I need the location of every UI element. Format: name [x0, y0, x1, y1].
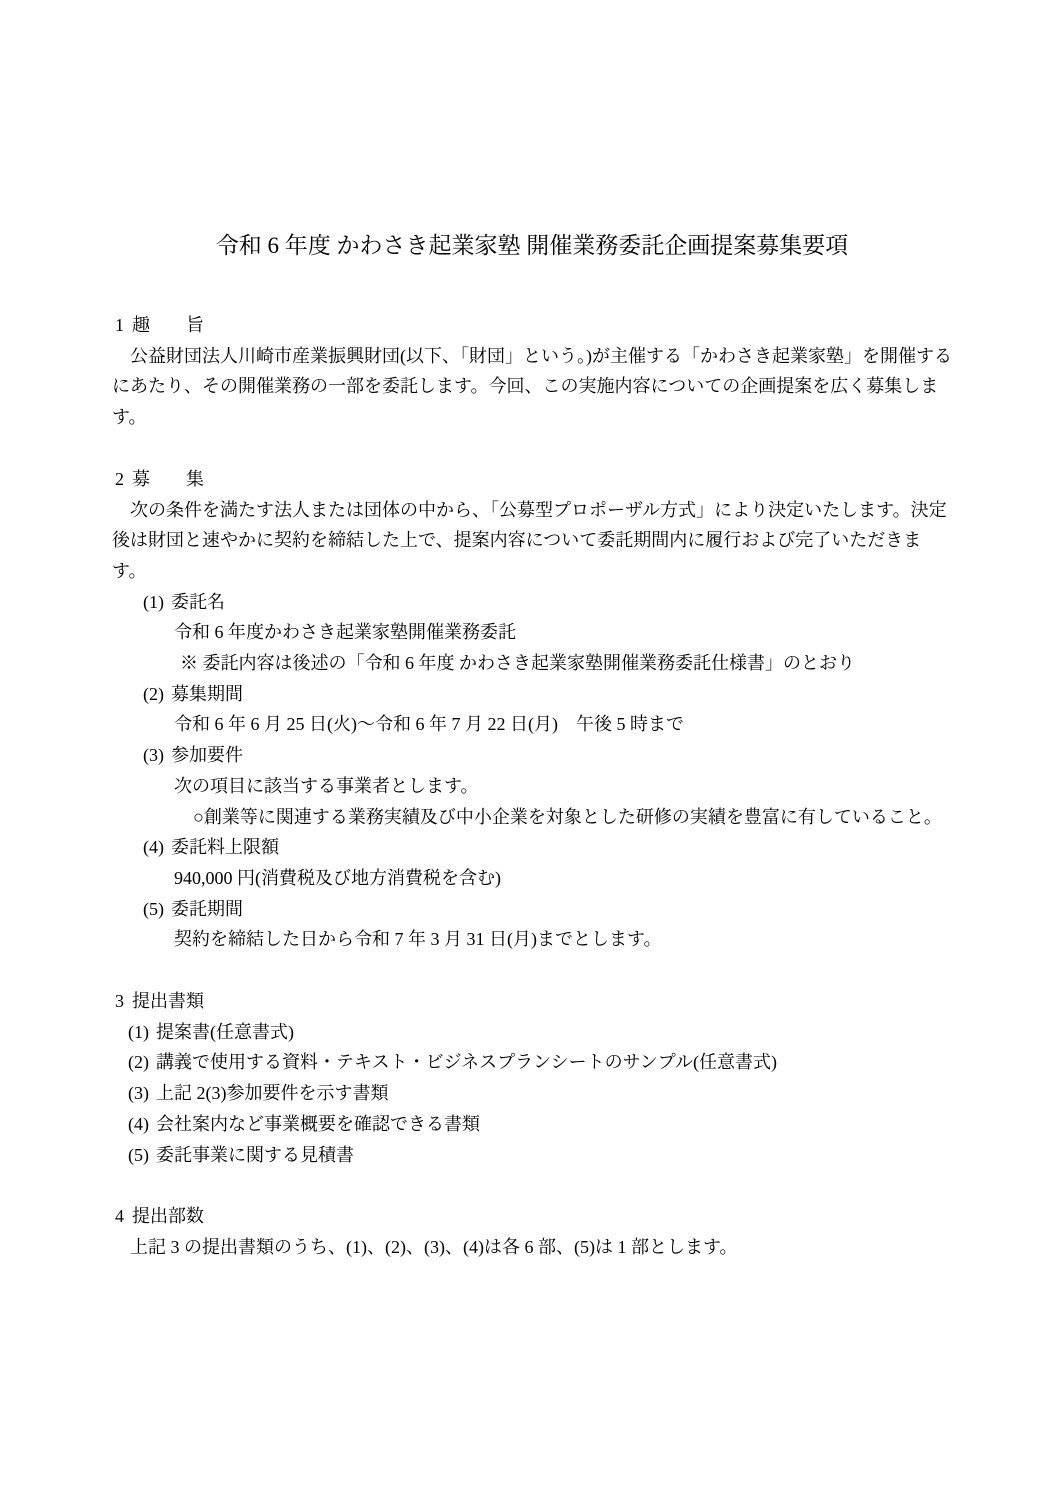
list-item-number: (3): [143, 740, 164, 771]
list-item-detail: 令和 6 年度かわさき起業家塾開催業務委託: [112, 617, 952, 648]
list-item-label: 会社案内など事業概要を確認できる書類: [156, 1114, 480, 1134]
section-purpose-heading: 1趣 旨: [112, 310, 952, 341]
list-item-lecture-materials: (2)講義で使用する資料・テキスト・ビジネスプランシートのサンプル(任意書式): [112, 1047, 952, 1078]
section-number-of-copies-number: 4: [115, 1201, 124, 1232]
section-recruitment-title: 募 集: [132, 469, 204, 489]
list-item-bullet: ○創業等に関連する業務実績及び中小企業を対象とした研修の実績を豊富に有しているこ…: [112, 802, 952, 833]
list-item-head: (4)委託料上限額: [112, 832, 952, 863]
list-item-number: (2): [128, 1047, 149, 1078]
section-number-of-copies-title: 提出部数: [132, 1206, 204, 1226]
list-item-label: 委託事業に関する見積書: [156, 1145, 354, 1165]
list-item-number: (1): [143, 587, 164, 618]
list-item-participation-requirements: (3)参加要件 次の項目に該当する事業者とします。 ○創業等に関連する業務実績及…: [112, 740, 952, 832]
list-item-number: (4): [143, 832, 164, 863]
section-purpose-text: 公益財団法人川崎市産業振興財団(以下、「財団」という。)が主催する「かわさき起業…: [112, 341, 952, 433]
list-item-detail: 次の項目に該当する事業者とします。: [112, 771, 952, 802]
list-item-label: 参加要件: [171, 745, 243, 765]
section-submission-documents-heading: 3提出書類: [112, 986, 952, 1017]
list-item-company-profile: (4)会社案内など事業概要を確認できる書類: [112, 1109, 952, 1140]
section-purpose-number: 1: [115, 310, 124, 341]
document-page: 令和 6 年度 かわさき起業家塾 開催業務委託企画提案募集要項 1趣 旨 公益財…: [0, 0, 1058, 1497]
list-item-head: (5)委託期間: [112, 894, 952, 925]
list-item-head: (1)委託名: [112, 587, 952, 618]
list-item-number: (5): [128, 1140, 149, 1171]
list-item-detail: 契約を締結した日から令和 7 年 3 月 31 日(月)までとします。: [112, 924, 952, 955]
section-purpose: 1趣 旨 公益財団法人川崎市産業振興財団(以下、「財団」という。)が主催する「か…: [112, 310, 952, 433]
list-item-consignment-name: (1)委託名 令和 6 年度かわさき起業家塾開催業務委託 ※ 委託内容は後述の「…: [112, 587, 952, 679]
section-submission-documents: 3提出書類 (1)提案書(任意書式) (2)講義で使用する資料・テキスト・ビジネ…: [112, 986, 952, 1170]
list-item-label: 提案書(任意書式): [156, 1022, 294, 1042]
list-item-proposal: (1)提案書(任意書式): [112, 1017, 952, 1048]
list-item-label: 募集期間: [171, 684, 243, 704]
section-number-of-copies: 4提出部数 上記 3 の提出書類のうち、(1)、(2)、(3)、(4)は各 6 …: [112, 1201, 952, 1262]
list-item-requirement-proof: (3)上記 2(3)参加要件を示す書類: [112, 1078, 952, 1109]
document-title: 令和 6 年度 かわさき起業家塾 開催業務委託企画提案募集要項: [112, 230, 952, 262]
section-number-of-copies-text: 上記 3 の提出書類のうち、(1)、(2)、(3)、(4)は各 6 部、(5)は…: [112, 1232, 952, 1263]
list-item-label: 委託料上限額: [171, 837, 279, 857]
section-recruitment-number: 2: [115, 464, 124, 495]
list-item-number: (2): [143, 679, 164, 710]
list-item-estimate: (5)委託事業に関する見積書: [112, 1140, 952, 1171]
list-item-head: (2)募集期間: [112, 679, 952, 710]
list-item-label: 講義で使用する資料・テキスト・ビジネスプランシートのサンプル(任意書式): [156, 1052, 777, 1072]
section-submission-documents-number: 3: [115, 986, 124, 1017]
section-recruitment: 2募 集 次の条件を満たす法人または団体の中から、「公募型プロポーザル方式」によ…: [112, 464, 952, 955]
list-item-consignment-period: (5)委託期間 契約を締結した日から令和 7 年 3 月 31 日(月)までとし…: [112, 894, 952, 955]
section-recruitment-heading: 2募 集: [112, 464, 952, 495]
list-item-number: (5): [143, 894, 164, 925]
section-recruitment-text: 次の条件を満たす法人または団体の中から、「公募型プロポーザル方式」により決定いた…: [112, 495, 952, 587]
list-item-note: ※ 委託内容は後述の「令和 6 年度 かわさき起業家塾開催業務委託仕様書」のとお…: [112, 648, 952, 679]
list-item-label: 委託名: [171, 592, 225, 612]
list-item-label: 委託期間: [171, 899, 243, 919]
section-number-of-copies-heading: 4提出部数: [112, 1201, 952, 1232]
list-item-number: (1): [128, 1017, 149, 1048]
list-item-detail: 940,000 円(消費税及び地方消費税を含む): [112, 863, 952, 894]
section-purpose-title: 趣 旨: [132, 315, 204, 335]
section-submission-documents-title: 提出書類: [132, 991, 204, 1011]
list-item-head: (3)参加要件: [112, 740, 952, 771]
list-item-detail: 令和 6 年 6 月 25 日(火)～令和 6 年 7 月 22 日(月) 午後…: [112, 709, 952, 740]
list-item-label: 上記 2(3)参加要件を示す書類: [156, 1083, 389, 1103]
list-item-fee-limit: (4)委託料上限額 940,000 円(消費税及び地方消費税を含む): [112, 832, 952, 893]
list-item-recruitment-period: (2)募集期間 令和 6 年 6 月 25 日(火)～令和 6 年 7 月 22…: [112, 679, 952, 740]
document-body: 令和 6 年度 かわさき起業家塾 開催業務委託企画提案募集要項 1趣 旨 公益財…: [112, 230, 952, 1263]
list-item-number: (4): [128, 1109, 149, 1140]
list-item-number: (3): [128, 1078, 149, 1109]
